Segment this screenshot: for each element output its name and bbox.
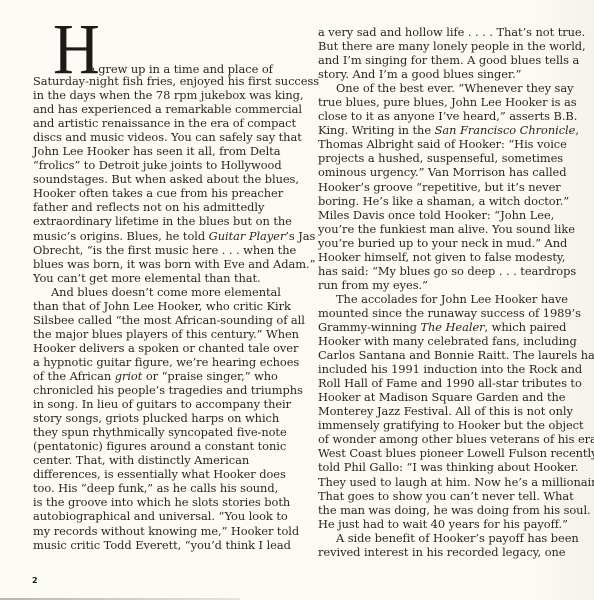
page-number: 2	[32, 576, 38, 585]
text-line: a hypnotic guitar figure, we’re hearing …	[33, 355, 303, 369]
text-line: You can’t get more elemental than that.	[33, 271, 303, 285]
text-line: autobiographical and universal. “You loo…	[33, 509, 303, 523]
text-line: Hooker often takes a cue from his preach…	[33, 186, 303, 200]
text-span: or “praise singer,” who	[142, 369, 278, 383]
text-line: you’re buried up to your neck in mud.” A…	[318, 236, 588, 250]
text-line: projects a hushed, suspenseful, sometime…	[318, 151, 588, 165]
paragraph-start: A side benefit of Hooker’s payoff has be…	[318, 531, 588, 545]
text-line: included his 1991 induction into the Roc…	[318, 362, 588, 376]
publication-title: San Francisco Chronicle	[435, 123, 576, 137]
text-span: King. Writing in the	[318, 123, 435, 137]
text-line: That goes to show you can’t never tell. …	[318, 489, 588, 503]
text-line: Grammy-winning The Healer, which paired	[318, 320, 588, 334]
text-line: a very sad and hollow life . . . . That’…	[318, 25, 588, 39]
text-line: ominous urgency.” Van Morrison has calle…	[318, 165, 588, 179]
text-line: soundstages. But when asked about the bl…	[33, 172, 303, 186]
paragraph-start: And blues doesn’t come more elemental	[33, 285, 303, 299]
text-line: and has experienced a remarkable commerc…	[33, 102, 303, 116]
text-line: Obrecht, “is the first music here . . . …	[33, 243, 303, 257]
text-line: than that of John Lee Hooker, who critic…	[33, 299, 303, 313]
text-line: Hooker’s groove “repetitive, but it’s ne…	[318, 180, 588, 194]
text-line: close to it as anyone I’ve heard,” asser…	[318, 109, 588, 123]
text-line: too. His “deep funk,” as he calls his so…	[33, 481, 303, 495]
italic-term: griot	[115, 369, 143, 383]
text-line: He just had to wait 40 years for his pay…	[318, 517, 588, 531]
text-line: e grew up in a time and place of	[88, 62, 273, 76]
text-line: chronicled his people’s tragedies and tr…	[33, 383, 303, 397]
text-line: is the groove into which he slots storie…	[33, 495, 303, 509]
text-span: of the African	[33, 369, 115, 383]
text-line: revived interest in his recorded legacy,…	[318, 545, 588, 559]
text-line: But there are many lonely people in the …	[318, 39, 588, 53]
text-line: West Coast blues pioneer Lowell Fulson r…	[318, 446, 588, 460]
text-span: ,	[575, 123, 579, 137]
booklet-page: H e grew up in a time and place of Satur…	[0, 0, 594, 600]
text-span: Grammy-winning	[318, 320, 420, 334]
text-line: (pentatonic) figures around a constant t…	[33, 439, 303, 453]
text-line: told Phil Gallo: “I was thinking about H…	[318, 460, 588, 474]
text-line: the man was doing, he was doing from his…	[318, 503, 588, 517]
text-line: “frolics” to Detroit juke joints to Holl…	[33, 158, 303, 172]
text-line: has said: “My blues go so deep . . . tea…	[318, 264, 588, 278]
left-column: H e grew up in a time and place of Satur…	[33, 18, 303, 552]
text-line: Hooker with many celebrated fans, includ…	[318, 334, 588, 348]
text-line: and artistic renaissance in the era of c…	[33, 116, 303, 130]
text-line: They used to laugh at him. Now he’s a mi…	[318, 475, 588, 489]
text-line: Hooker himself, not given to false modes…	[318, 250, 588, 264]
text-line: mounted since the runaway success of 198…	[318, 306, 588, 320]
text-line: of wonder among other blues veterans of …	[318, 432, 588, 446]
text-line: Hooker delivers a spoken or chanted tale…	[33, 341, 303, 355]
opening-line: H e grew up in a time and place of	[33, 18, 303, 74]
text-line: in the days when the 78 rpm jukebox was …	[33, 88, 303, 102]
text-line: music’s origins. Blues, he told Guitar P…	[33, 229, 303, 243]
text-line: Miles Davis once told Hooker: “John Lee,	[318, 208, 588, 222]
text-line: John Lee Hooker has seen it all, from De…	[33, 144, 303, 158]
paragraph-start: One of the best ever. “Whenever they say	[318, 81, 588, 95]
text-line: King. Writing in the San Francisco Chron…	[318, 123, 588, 137]
text-span: ’s Jas	[285, 229, 315, 243]
text-line: Carlos Santana and Bonnie Raitt. The lau…	[318, 348, 588, 362]
text-line: story. And I’m a good blues singer.”	[318, 67, 588, 81]
text-line: in song. In lieu of guitars to accompany…	[33, 397, 303, 411]
text-line: Silsbee called “the most African-soundin…	[33, 313, 303, 327]
text-line: the major blues players of this century.…	[33, 327, 303, 341]
text-span: , which paired	[485, 320, 567, 334]
text-line: story songs, griots plucked harps on whi…	[33, 411, 303, 425]
text-line: center. That, with distinctly American	[33, 453, 303, 467]
text-line: you’re the funkiest man alive. You sound…	[318, 222, 588, 236]
text-line: extraordinary lifetime in the blues but …	[33, 214, 303, 228]
text-line: of the African griot or “praise singer,”…	[33, 369, 303, 383]
text-line: my records without knowing me,” Hooker t…	[33, 524, 303, 538]
text-line: father and reflects not on his admittedl…	[33, 200, 303, 214]
paragraph-start: The accolades for John Lee Hooker have	[318, 292, 588, 306]
text-line: blues was born, it was born with Eve and…	[33, 257, 303, 271]
text-line: Hooker at Madison Square Garden and the	[318, 390, 588, 404]
album-title: The Healer	[420, 320, 484, 334]
text-line: immensely gratifying to Hooker but the o…	[318, 418, 588, 432]
text-line: boring. He’s like a shaman, a witch doct…	[318, 194, 588, 208]
text-line: differences, is essentially what Hooker …	[33, 467, 303, 481]
text-span: music’s origins. Blues, he told	[33, 229, 209, 243]
right-column: a very sad and hollow life . . . . That’…	[318, 25, 588, 559]
text-line: music critic Todd Everett, “you’d think …	[33, 538, 303, 552]
text-line: and I’m singing for them. A good blues t…	[318, 53, 588, 67]
text-line: true blues, pure blues, John Lee Hooker …	[318, 95, 588, 109]
text-line: Roll Hall of Fame and 1990 all-star trib…	[318, 376, 588, 390]
text-line: discs and music videos. You can safely s…	[33, 130, 303, 144]
publication-title: Guitar Player	[209, 229, 286, 243]
text-line: run from my eyes.”	[318, 278, 588, 292]
text-line: they spun rhythmically syncopated five-n…	[33, 425, 303, 439]
text-line: Monterey Jazz Festival. All of this is n…	[318, 404, 588, 418]
text-line: Thomas Albright said of Hooker: “His voi…	[318, 137, 588, 151]
